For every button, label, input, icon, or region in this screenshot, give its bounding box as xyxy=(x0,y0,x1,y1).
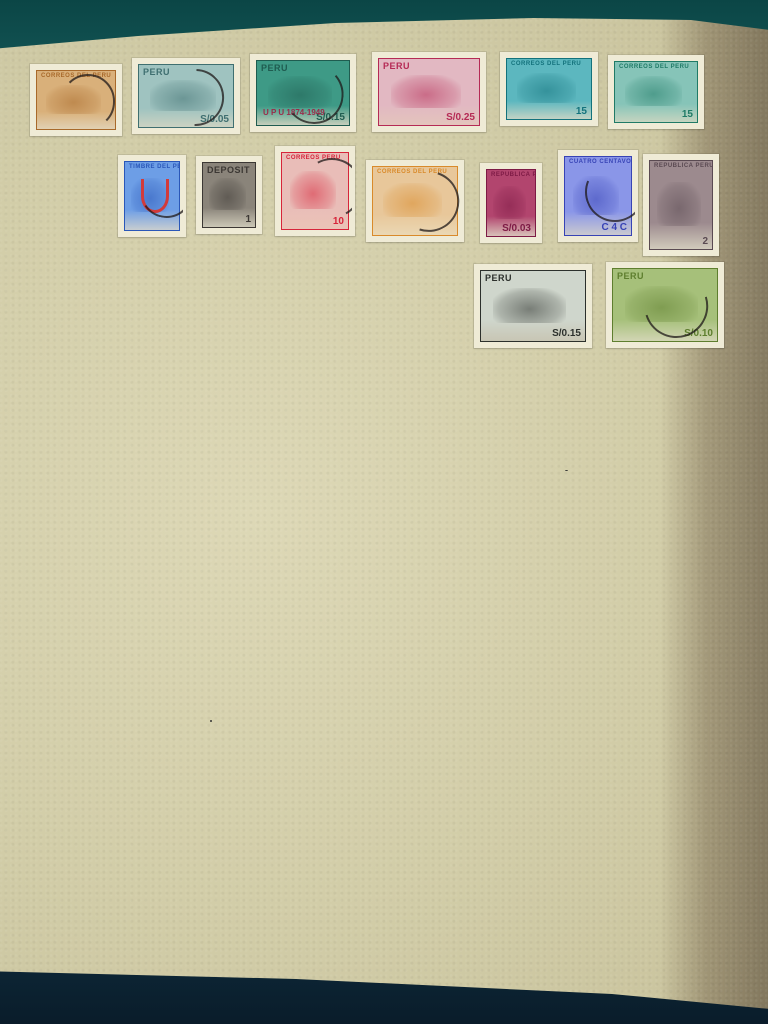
stamp: REPUBLICA PERUANA2 xyxy=(643,154,719,256)
stamp-header: REPUBLICA PERUANA xyxy=(654,163,713,169)
stamp-design: DEPOSIT1 xyxy=(202,162,256,228)
stamp-value: 2 xyxy=(702,236,708,247)
stamp-vignette xyxy=(657,182,700,226)
stamp-header: PERU xyxy=(485,273,512,283)
stamp: DEPOSIT1 xyxy=(196,156,262,234)
stamp: PERUS/0.05 xyxy=(132,58,240,134)
stamp-design: CORREOS DEL PERU15 xyxy=(506,58,592,120)
stamp-vignette xyxy=(625,76,682,106)
stamp-header: CORREOS DEL PERU xyxy=(511,61,581,67)
stamp: PERUS/0.25 xyxy=(372,52,486,132)
stamp-vignette xyxy=(493,186,527,219)
stamp: TIMBRE DEL PERU xyxy=(118,155,186,237)
stamp-value: S/0.03 xyxy=(502,223,531,234)
stamp-value: C 4 C xyxy=(601,222,627,233)
stamp-value: 15 xyxy=(576,106,587,117)
stamp: PERUS/0.10 xyxy=(606,262,724,348)
stamp-vignette xyxy=(391,75,461,108)
stamp-header: PERU xyxy=(383,61,410,71)
stamp-design: PERUS/0.25 xyxy=(378,58,480,126)
stamp-header: CORREOS DEL PERU xyxy=(619,64,689,70)
stamp-value: 1 xyxy=(245,214,251,225)
stamp: CORREOS DEL PERU15 xyxy=(608,55,704,129)
stamp: CORREOS DEL PERU xyxy=(366,160,464,242)
stamp: PERUS/0.15 xyxy=(474,264,592,348)
page-speck xyxy=(210,720,212,722)
stamp: PERUS/0.15U P U 1874-1949 xyxy=(250,54,356,132)
stamp-value: S/0.15 xyxy=(552,328,581,339)
stamp-header: PERU xyxy=(617,271,644,281)
stamp-vignette xyxy=(517,73,576,103)
stamp-header: PERU xyxy=(143,67,170,77)
stamp: CORREOS DEL PERU xyxy=(30,64,122,136)
stamp-design: REPUBLICA PERUANA2 xyxy=(649,160,713,250)
stamp-design: REPUBLICA PERUANAS/0.03 xyxy=(486,169,536,237)
stamp-header: DEPOSIT xyxy=(207,165,250,175)
stamp: CORREOS PERU10 xyxy=(275,146,355,236)
stamp-design: PERUS/0.15 xyxy=(480,270,586,342)
stamp-vignette xyxy=(493,288,566,323)
stamp-value: S/0.25 xyxy=(446,112,475,123)
page-speck xyxy=(565,470,568,471)
stamp-design: CORREOS DEL PERU15 xyxy=(614,61,698,123)
stamp-vignette xyxy=(209,178,245,210)
stamp-header: PERU xyxy=(261,63,288,73)
stamp-header: REPUBLICA PERUANA xyxy=(491,172,536,178)
stamp: CUATRO CENTAVOSC 4 C xyxy=(558,150,638,242)
stamp: CORREOS DEL PERU15 xyxy=(500,52,598,126)
stamp-value: 15 xyxy=(682,109,693,120)
stamp: REPUBLICA PERUANAS/0.03 xyxy=(480,163,542,243)
